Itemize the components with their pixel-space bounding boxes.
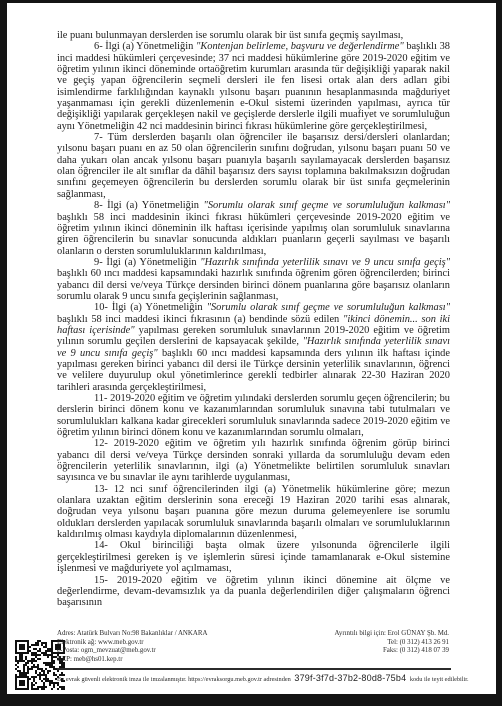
scanned-document: { "colors": { "page_bg": "#ffffff", "sca… — [0, 0, 502, 706]
paragraph: 13- 12 nci sınıf öğrencilerinden ilgi (a… — [57, 484, 450, 541]
document-page: ile puanı bulunmayan derslerden ise soru… — [7, 3, 496, 694]
quoted-title: "Hazırlık sınıfında yeterlilik sınavı ve… — [200, 257, 450, 268]
paragraph-text: başlıklı 58 inci maddesi ikinci fıkrasın… — [57, 314, 343, 325]
paragraph: 6- İlgi (a) Yönetmeliğin "Kontenjan beli… — [57, 41, 450, 132]
paragraph-text: 7- Tüm derslerden başarılı olan öğrencil… — [57, 132, 450, 200]
paragraph: 14- Okul birinciliği başta olmak üzere y… — [57, 540, 450, 574]
paragraph-text: ile puanı bulunmayan derslerden ise soru… — [57, 30, 403, 41]
paragraph: 12- 2019-2020 eğitim ve öğretim yılı haz… — [57, 438, 450, 483]
verification-prefix: Bu evrak güvenli elektronik imza ile imz… — [57, 676, 291, 683]
paragraph-text: 12- 2019-2020 eğitim ve öğretim yılı haz… — [57, 438, 450, 483]
footer-address-block: Adres: Atatürk Bulvarı No:98 Bakanlıklar… — [57, 630, 207, 665]
paragraph-text: başlıklı 38 inci maddesi hükümleri çerçe… — [57, 41, 450, 131]
verification-suffix: kodu ile teyit edilebilir. — [410, 676, 469, 683]
paragraph: 9- İlgi (a) Yönetmeliğin "Hazırlık sınıf… — [57, 257, 450, 302]
paragraph-text: 9- İlgi (a) Yönetmeliğin — [94, 257, 200, 268]
paragraph: ile puanı bulunmayan derslerden ise soru… — [57, 30, 450, 41]
paragraph-text: 8- İlgi (a) Yönetmeliğin — [94, 200, 203, 211]
paragraph-text: 6- İlgi (a) Yönetmeliğin — [94, 41, 196, 52]
paragraph-text: başlıklı 58 inci maddesinin ikinci fıkra… — [57, 212, 450, 257]
paragraph: 8- İlgi (a) Yönetmeliğin "Sorumlu olarak… — [57, 200, 450, 257]
footer-line: Tel: (0 312) 413 26 91 — [335, 639, 449, 648]
paragraph-text: 15- 2019-2020 eğitim ve öğretim yılının … — [57, 575, 450, 609]
paragraph: 10- İlgi (a) Yönetmeliğin "Sorumlu olara… — [57, 302, 450, 393]
paragraph-text: 14- Okul birinciliği başta olmak üzere y… — [57, 540, 450, 574]
footer-line: e-Posta: ogm_mevzuat@meb.gov.tr — [57, 647, 207, 656]
verification-code: 379f-3f7d-37b2-80d8-75b4 — [292, 673, 408, 683]
quoted-title: "Sorumlu olarak sınıf geçme ve sorumlulu… — [203, 200, 450, 211]
footer-line: KEP: meb@hs01.kep.tr — [57, 656, 207, 665]
quoted-title: "Sorumlu olarak sınıf geçme ve sorumlulu… — [207, 302, 450, 313]
verification-line: Bu evrak güvenli elektronik imza ile imz… — [57, 673, 459, 683]
footer-line: Elektronik ağ: www.meb.gov.tr — [57, 639, 207, 648]
document-body: ile puanı bulunmayan derslerden ise soru… — [57, 30, 450, 609]
paragraph: 7- Tüm derslerden başarılı olan öğrencil… — [57, 132, 450, 200]
footer-line: Ayrıntılı bilgi için: Erol GÜNAY Şb. Md. — [335, 630, 449, 639]
footer-divider — [57, 668, 451, 670]
footer-line: Faks: (0 312) 418 07 39 — [335, 647, 449, 656]
paragraph-text: 10- İlgi (a) Yönetmeliğin — [94, 302, 207, 313]
footer-line: Adres: Atatürk Bulvarı No:98 Bakanlıklar… — [57, 630, 207, 639]
paragraph-text: 11- 2019-2020 eğitim ve öğretim yılındak… — [57, 393, 450, 438]
paragraph-text: başlıklı 60 ıncı maddesi kapsamındaki ha… — [57, 268, 450, 302]
footer-contact-block: Ayrıntılı bilgi için: Erol GÜNAY Şb. Md.… — [335, 630, 449, 656]
quoted-title: "Kontenjan belirleme, başvuru ve değerle… — [196, 41, 404, 52]
paragraph: 15- 2019-2020 eğitim ve öğretim yılının … — [57, 575, 450, 609]
paragraph-text: 13- 12 nci sınıf öğrencilerinden ilgi (a… — [57, 484, 450, 540]
paragraph: 11- 2019-2020 eğitim ve öğretim yılındak… — [57, 393, 450, 438]
